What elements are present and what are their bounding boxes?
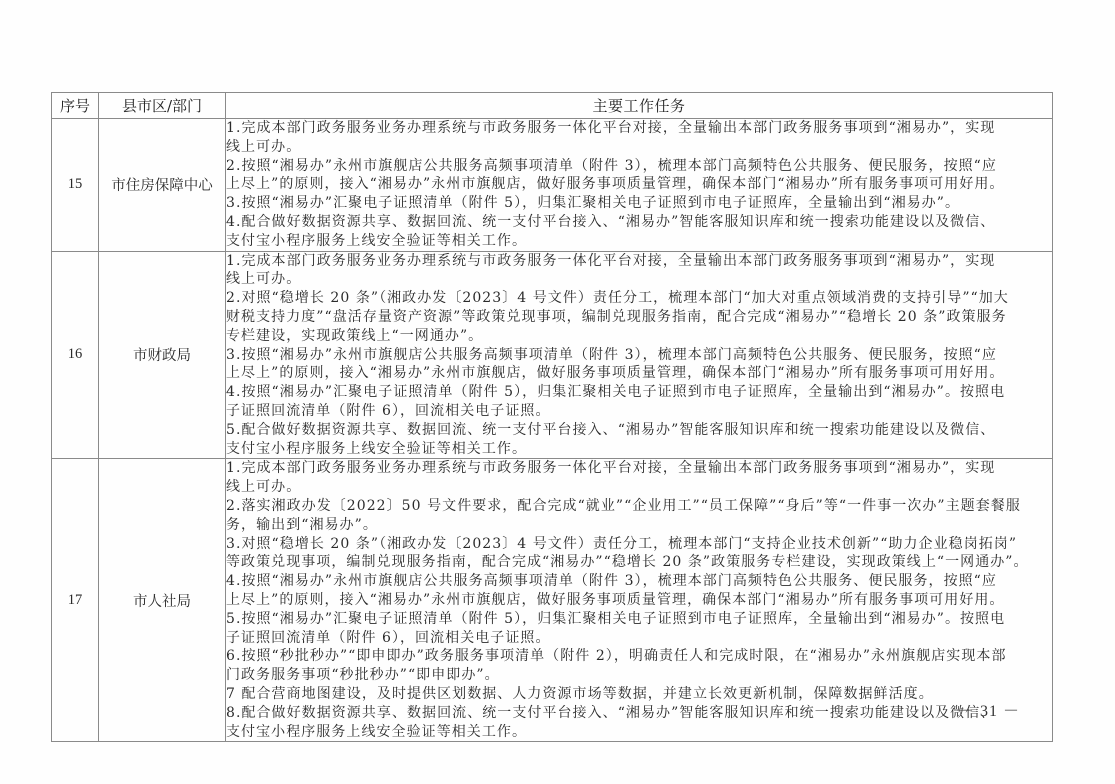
task-line: 财税支持力度”“盘活存量资产资源”等政策兑现事项，编制兑现服务指南，配合完成“湘… — [226, 308, 1052, 327]
task-line: 3.按照“湘易办”永州市旗舰店公共服务高频事项清单（附件 3），梳理本部门高频特… — [226, 346, 1052, 365]
task-line: 子证照回流清单（附件 6），回流相关电子证照。 — [226, 629, 1052, 648]
task-line: 3.对照“稳增长 20 条”（湘政办发〔2023〕4 号文件）责任分工，梳理本部… — [226, 535, 1052, 554]
task-line: 门政务服务事项“秒批秒办”“即申即办”。 — [226, 666, 1052, 685]
document-page: 序号 县市区/部门 主要工作任务 15 市住房保障中心 1.完成本部门政务服务业… — [0, 0, 1115, 784]
task-line: 上尽上”的原则，接入“湘易办”永州市旗舰店，做好服务事项质量管理，确保本部门“湘… — [226, 175, 1052, 194]
task-line: 3.按照“湘易办”汇聚电子证照清单（附件 5），归集汇聚相关电子证照到市电子证照… — [226, 194, 1052, 213]
task-line: 1.完成本部门政务服务业务办理系统与市政务服务一体化平台对接，全量输出本部门政务… — [226, 119, 1052, 138]
row-seq: 15 — [52, 119, 99, 252]
table-row: 16 市财政局 1.完成本部门政务服务业务办理系统与市政务服务一体化平台对接，全… — [52, 251, 1053, 459]
task-line: 等政策兑现事项，编制兑现服务指南，配合完成“湘易办”“稳增长 20 条”政策服务… — [226, 553, 1052, 572]
table-row: 17 市人社局 1.完成本部门政务服务业务办理系统与市政务服务一体化平台对接，全… — [52, 459, 1053, 742]
header-dept: 县市区/部门 — [99, 93, 226, 119]
row-tasks: 1.完成本部门政务服务业务办理系统与市政务服务一体化平台对接，全量输出本部门政务… — [226, 251, 1053, 459]
task-line: 支付宝小程序服务上线安全验证等相关工作。 — [226, 440, 1052, 459]
table-row: 15 市住房保障中心 1.完成本部门政务服务业务办理系统与市政务服务一体化平台对… — [52, 119, 1053, 252]
task-line: 4.按照“湘易办”汇聚电子证照清单（附件 5），归集汇聚相关电子证照到市电子证照… — [226, 383, 1052, 402]
task-line: 1.完成本部门政务服务业务办理系统与市政务服务一体化平台对接，全量输出本部门政务… — [226, 252, 1052, 271]
page-number: － 31 － — [958, 698, 1020, 721]
task-line: 2.按照“湘易办”永州市旗舰店公共服务高频事项清单（附件 3），梳理本部门高频特… — [226, 157, 1052, 176]
task-line: 5.配合做好数据资源共享、数据回流、统一支付平台接入、“湘易办”智能客服知识库和… — [226, 421, 1052, 440]
task-line: 6.按照“秒批秒办”“即申即办”政务服务事项清单（附件 2），明确责任人和完成时… — [226, 647, 1052, 666]
task-line: 务，输出到“湘易办”。 — [226, 516, 1052, 535]
row-seq: 16 — [52, 251, 99, 459]
row-tasks: 1.完成本部门政务服务业务办理系统与市政务服务一体化平台对接，全量输出本部门政务… — [226, 119, 1053, 252]
task-line: 子证照回流清单（附件 6），回流相关电子证照。 — [226, 402, 1052, 421]
task-line: 专栏建设，实现政策线上“一网通办”。 — [226, 327, 1052, 346]
row-dept: 市住房保障中心 — [99, 119, 226, 252]
row-dept: 市财政局 — [99, 251, 226, 459]
task-line: 2.落实湘政办发〔2022〕50 号文件要求，配合完成“就业”“企业用工”“员工… — [226, 497, 1052, 516]
task-line: 5.按照“湘易办”汇聚电子证照清单（附件 5），归集汇聚相关电子证照到市电子证照… — [226, 610, 1052, 629]
row-tasks: 1.完成本部门政务服务业务办理系统与市政务服务一体化平台对接，全量输出本部门政务… — [226, 459, 1053, 742]
task-line: 线上可办。 — [226, 138, 1052, 157]
task-line: 上尽上”的原则，接入“湘易办”永州市旗舰店，做好服务事项质量管理，确保本部门“湘… — [226, 591, 1052, 610]
task-line: 4.按照“湘易办”永州市旗舰店公共服务高频事项清单（附件 3），梳理本部门高频特… — [226, 572, 1052, 591]
header-seq: 序号 — [52, 93, 99, 119]
task-line: 1.完成本部门政务服务业务办理系统与市政务服务一体化平台对接，全量输出本部门政务… — [226, 459, 1052, 478]
task-line: 7 配合营商地图建设，及时提供区划数据、人力资源市场等数据，并建立长效更新机制，… — [226, 685, 1052, 704]
task-line: 支付宝小程序服务上线安全验证等相关工作。 — [226, 723, 1052, 742]
row-dept: 市人社局 — [99, 459, 226, 742]
task-line: 支付宝小程序服务上线安全验证等相关工作。 — [226, 232, 1052, 251]
task-line: 线上可办。 — [226, 270, 1052, 289]
task-line: 8.配合做好数据资源共享、数据回流、统一支付平台接入、“湘易办”智能客服知识库和… — [226, 704, 1052, 723]
table-header-row: 序号 县市区/部门 主要工作任务 — [52, 93, 1053, 119]
task-line: 线上可办。 — [226, 478, 1052, 497]
task-line: 2.对照“稳增长 20 条”（湘政办发〔2023〕4 号文件）责任分工，梳理本部… — [226, 289, 1052, 308]
task-table: 序号 县市区/部门 主要工作任务 15 市住房保障中心 1.完成本部门政务服务业… — [51, 92, 1053, 742]
row-seq: 17 — [52, 459, 99, 742]
task-line: 上尽上”的原则，接入“湘易办”永州市旗舰店，做好服务事项质量管理，确保本部门“湘… — [226, 364, 1052, 383]
task-line: 4.配合做好数据资源共享、数据回流、统一支付平台接入、“湘易办”智能客服知识库和… — [226, 213, 1052, 232]
header-tasks: 主要工作任务 — [226, 93, 1053, 119]
